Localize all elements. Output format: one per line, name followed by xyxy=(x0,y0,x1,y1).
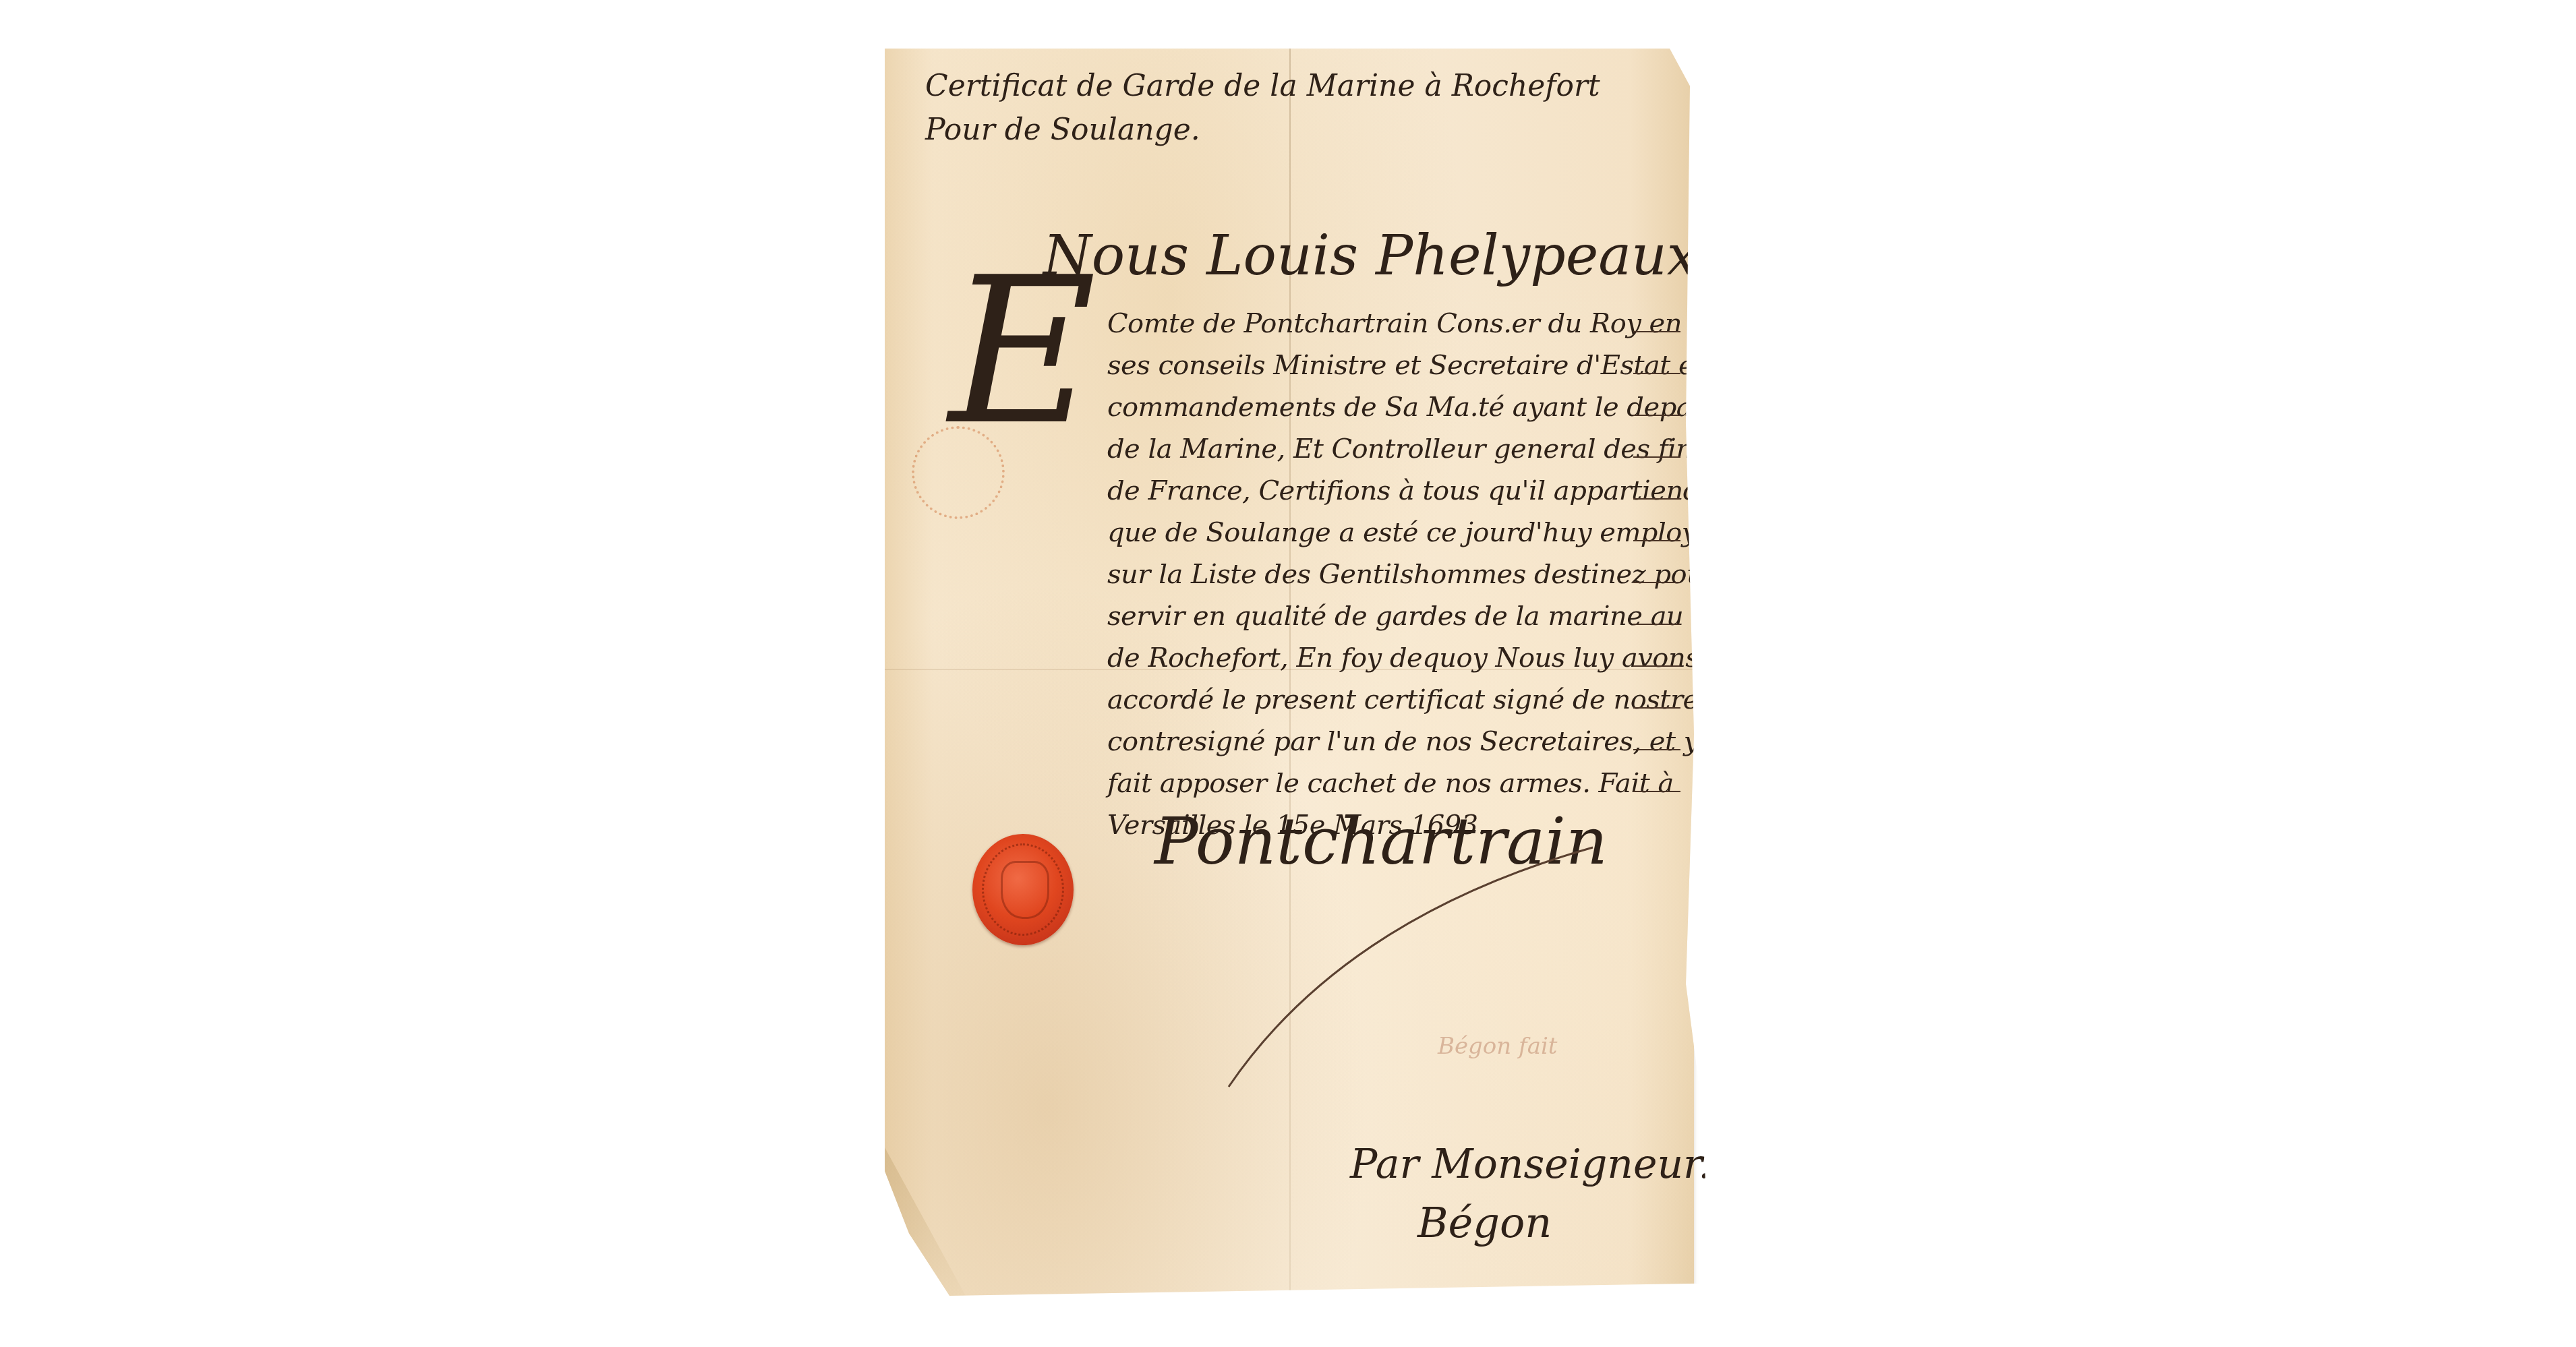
body-line: contresigné par l'un de nos Secretaires,… xyxy=(1107,726,1784,757)
line-filler-rule xyxy=(1633,456,1680,458)
body-line: de France, Certifions à tous qu'il appar… xyxy=(1107,475,1728,506)
body-line: accordé le present certificat signé de n… xyxy=(1107,684,1781,715)
body-line: fait apposer le cachet de nos armes. Fai… xyxy=(1107,768,1674,799)
line-filler-rule xyxy=(1633,791,1680,792)
document-page: Certificat de Garde de la Marine à Roche… xyxy=(885,49,1694,1296)
body-line: sur la Liste des Gentilshommes destinez … xyxy=(1107,559,1716,590)
body-line: Comte de Pontchartrain Cons.er du Roy en… xyxy=(1107,308,1747,339)
body-line: de la Marine, Et Controlleur general des… xyxy=(1107,433,1769,465)
line-filler-rule xyxy=(1633,540,1680,541)
line-filler-rule xyxy=(1633,373,1680,374)
body-line: commandements de Sa Ma.té ayant le depar… xyxy=(1107,392,1799,423)
line-filler-rule xyxy=(1633,624,1680,625)
line-filler-rule xyxy=(1633,415,1680,416)
body-line: de Rochefort, En foy dequoy Nous luy avo… xyxy=(1107,642,1699,673)
document-heading: Nous Louis Phelypeaux xyxy=(1043,224,1698,288)
body-line: ses conseils Ministre et Secretaire d'Es… xyxy=(1107,350,1759,381)
folded-corner xyxy=(885,1147,966,1296)
docket-line-2: Pour de Soulange. xyxy=(925,113,1200,147)
line-filler-rule xyxy=(1633,582,1680,583)
body-line: que de Soulange a esté ce jourd'huy empl… xyxy=(1107,517,1712,548)
line-filler-rule xyxy=(1633,498,1680,500)
body-line: servir en qualité de gardes de la marine… xyxy=(1107,601,1840,632)
line-filler-rule xyxy=(1633,707,1680,709)
pencil-annotation: Bégon fait xyxy=(1438,1033,1557,1060)
faded-stamp-icon xyxy=(912,426,1005,519)
line-filler-rule xyxy=(1633,665,1680,667)
line-filler-rule xyxy=(1633,749,1680,750)
countersign-label: Par Monseigneur. xyxy=(1350,1141,1711,1188)
docket-line-1: Certificat de Garde de la Marine à Roche… xyxy=(925,69,1600,103)
wax-seal-icon xyxy=(972,834,1074,945)
line-filler-rule xyxy=(1633,331,1680,332)
countersign-signature: Bégon xyxy=(1417,1198,1552,1247)
